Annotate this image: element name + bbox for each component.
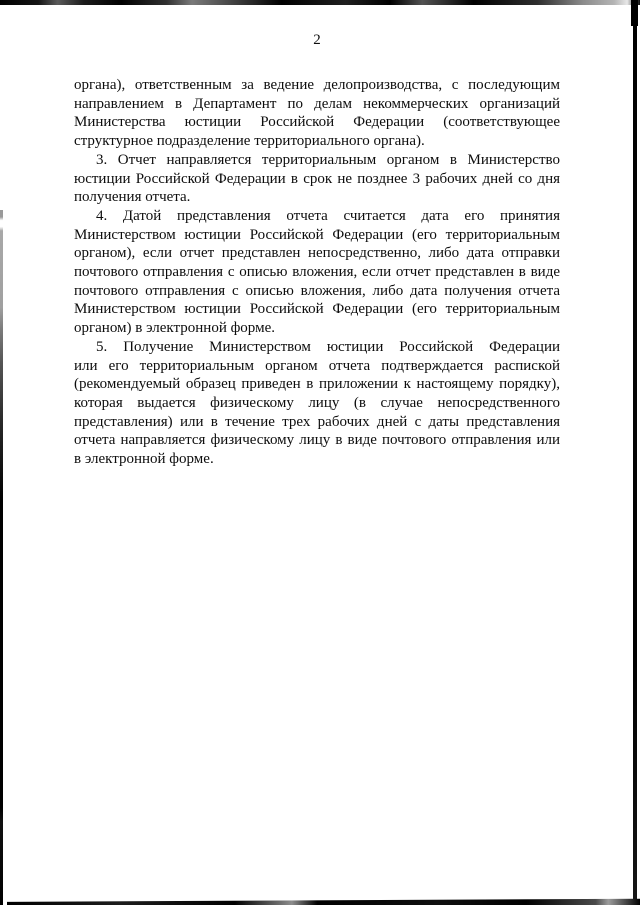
- paragraph: 3. Отчет направляется территориальным ор…: [74, 151, 560, 207]
- text-line: юстиции Российской Федерации в срок не п…: [74, 170, 560, 189]
- text-line: (рекомендуемый образец приведен в прилож…: [74, 375, 560, 394]
- scan-edge-top: [0, 0, 640, 5]
- scanned-document-page: 2 органа), ответственным за ведение дело…: [0, 0, 640, 905]
- text-line: 3. Отчет направляется территориальным ор…: [74, 151, 560, 170]
- text-line: отчета направляется физическому лицу в в…: [74, 431, 560, 450]
- text-line: органом) в электронной форме.: [74, 319, 560, 338]
- scan-edge-left: [0, 210, 3, 905]
- text-line: Министерством юстиции Российской Федерац…: [74, 226, 560, 245]
- text-line: или его территориальным органом отчета п…: [74, 357, 560, 376]
- paragraph: 5. Получение Министерством юстиции Росси…: [74, 338, 560, 469]
- text-line: почтового отправления с описью вложения,…: [74, 282, 560, 301]
- text-line: структурное подразделение территориально…: [74, 132, 560, 151]
- paragraph: органа), ответственным за ведение делопр…: [74, 76, 560, 151]
- text-line: направлением в Департамент по делам неко…: [74, 95, 560, 114]
- document-body: органа), ответственным за ведение делопр…: [74, 76, 560, 469]
- text-line: органом), если отчет представлен непосре…: [74, 244, 560, 263]
- text-line: 5. Получение Министерством юстиции Росси…: [74, 338, 560, 357]
- page-number: 2: [74, 31, 560, 49]
- scan-edge-right-cap: [631, 0, 638, 26]
- text-line: 4. Датой представления отчета считается …: [74, 207, 560, 226]
- text-line: получения отчета.: [74, 188, 560, 207]
- text-line: Министерства юстиции Российской Федераци…: [74, 113, 560, 132]
- text-line: в электронной форме.: [74, 450, 560, 469]
- text-line: почтового отправления с описью вложения,…: [74, 263, 560, 282]
- paragraph: 4. Датой представления отчета считается …: [74, 207, 560, 338]
- text-line: органа), ответственным за ведение делопр…: [74, 76, 560, 95]
- text-line: представления) или в течение трех рабочи…: [74, 413, 560, 432]
- scan-edge-right: [633, 0, 637, 905]
- scan-edge-bottom: [7, 898, 640, 905]
- text-line: Министерством юстиции Российской Федерац…: [74, 300, 560, 319]
- text-line: которая выдается физическому лицу (в слу…: [74, 394, 560, 413]
